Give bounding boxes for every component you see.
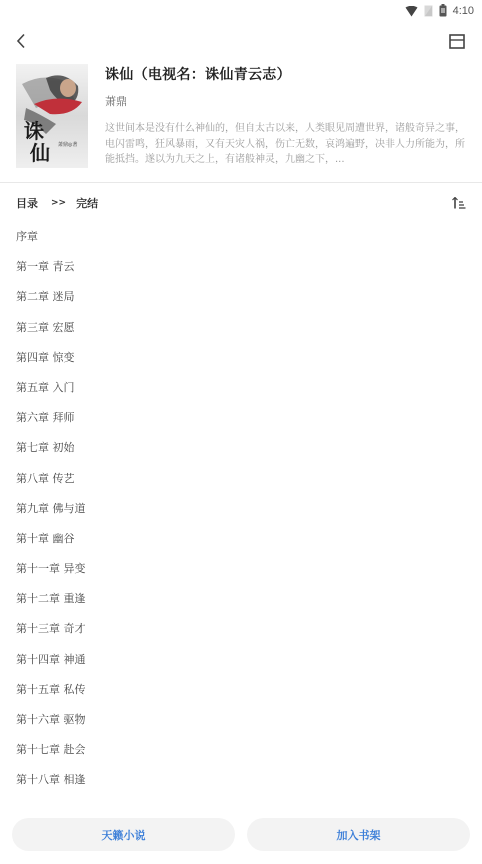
header-divider	[0, 182, 482, 183]
book-header: 诛 仙 萧鼎◎著 诛仙（电视名：诛仙青云志） 萧鼎 这世间本是没有什么神仙的，但…	[0, 64, 482, 172]
chapter-item[interactable]: 第十七章 赴会	[0, 735, 482, 765]
add-to-bookshelf-button[interactable]: 加入书架	[247, 818, 470, 851]
book-status: 完结	[76, 195, 98, 211]
battery-icon	[439, 2, 447, 21]
toc-separator: >>	[51, 198, 66, 208]
window-layout-icon	[449, 34, 465, 53]
chapter-item[interactable]: 第二章 迷局	[0, 282, 482, 312]
back-button[interactable]	[10, 31, 32, 55]
chapter-item[interactable]: 第七章 初始	[0, 433, 482, 463]
sort-order-icon	[452, 194, 466, 213]
bottom-action-bar: 天籁小说 加入书架	[0, 818, 482, 852]
chapter-item[interactable]: 第九章 佛与道	[0, 494, 482, 524]
chapter-item[interactable]: 第十三章 奇才	[0, 614, 482, 644]
chapter-item[interactable]: 第三章 宏愿	[0, 313, 482, 343]
status-time: 4:10	[453, 5, 474, 17]
cover-title-char-2: 仙	[29, 141, 50, 165]
book-cover[interactable]: 诛 仙 萧鼎◎著	[16, 64, 88, 168]
chapter-list: 序章 第一章 青云 第二章 迷局 第三章 宏愿 第四章 惊变 第五章 入门 第六…	[0, 222, 482, 796]
chapter-item[interactable]: 第十八章 相逢	[0, 765, 482, 795]
cover-author: 萧鼎◎著	[58, 141, 77, 148]
chapter-item[interactable]: 第四章 惊变	[0, 343, 482, 373]
wifi-icon	[405, 2, 418, 21]
chapter-item[interactable]: 第十二章 重逢	[0, 584, 482, 614]
layout-toggle-button[interactable]	[446, 32, 468, 54]
toc-header: 目录 >> 完结	[0, 192, 482, 214]
chapter-item[interactable]: 第八章 传艺	[0, 464, 482, 494]
cover-art: 诛 仙 萧鼎◎著	[16, 64, 88, 168]
source-site-button[interactable]: 天籁小说	[12, 818, 235, 851]
status-bar: 4:10	[0, 0, 482, 24]
chapter-item[interactable]: 第十五章 私传	[0, 675, 482, 705]
chapter-item[interactable]: 序章	[0, 222, 482, 252]
cover-title-char-1: 诛	[24, 119, 44, 143]
toc-label: 目录	[16, 195, 38, 211]
chapter-item[interactable]: 第五章 入门	[0, 373, 482, 403]
chapter-item[interactable]: 第十章 幽谷	[0, 524, 482, 554]
chapter-item[interactable]: 第十一章 异变	[0, 554, 482, 584]
signal-icon	[424, 2, 433, 21]
chevron-left-icon	[16, 33, 26, 53]
book-author[interactable]: 萧鼎	[105, 93, 127, 109]
sort-order-button[interactable]	[450, 194, 468, 212]
status-icons: 4:10	[405, 3, 474, 19]
book-description[interactable]: 这世间本是没有什么神仙的，但自太古以来，人类眼见周遭世界，诸般奇异之事，电闪雷鸣…	[105, 121, 471, 168]
chapter-item[interactable]: 第一章 青云	[0, 252, 482, 282]
chapter-item[interactable]: 第十四章 神通	[0, 645, 482, 675]
chapter-item[interactable]: 第十六章 驱物	[0, 705, 482, 735]
chapter-item[interactable]: 第六章 拜师	[0, 403, 482, 433]
book-title: 诛仙（电视名：诛仙青云志）	[105, 64, 291, 84]
toc-breadcrumb: 目录 >> 完结	[16, 195, 98, 211]
top-bar	[0, 28, 482, 58]
